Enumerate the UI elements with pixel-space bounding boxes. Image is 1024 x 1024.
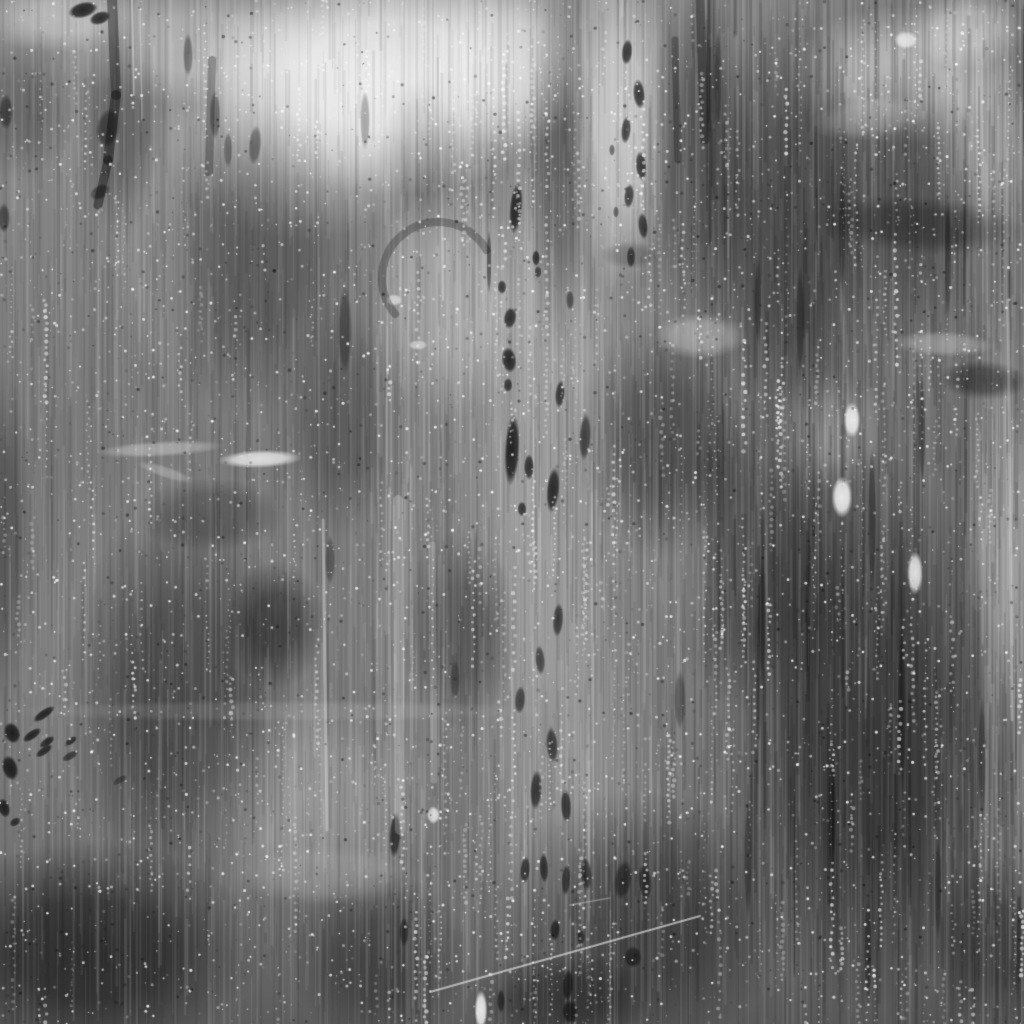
texture-photograph: Black-and-white close-up photograph of a… [0, 0, 1024, 1024]
page: { "meta": { "alt": "Black-and-white clos… [0, 0, 1024, 1024]
texture-photo-canvas [0, 0, 1024, 1024]
